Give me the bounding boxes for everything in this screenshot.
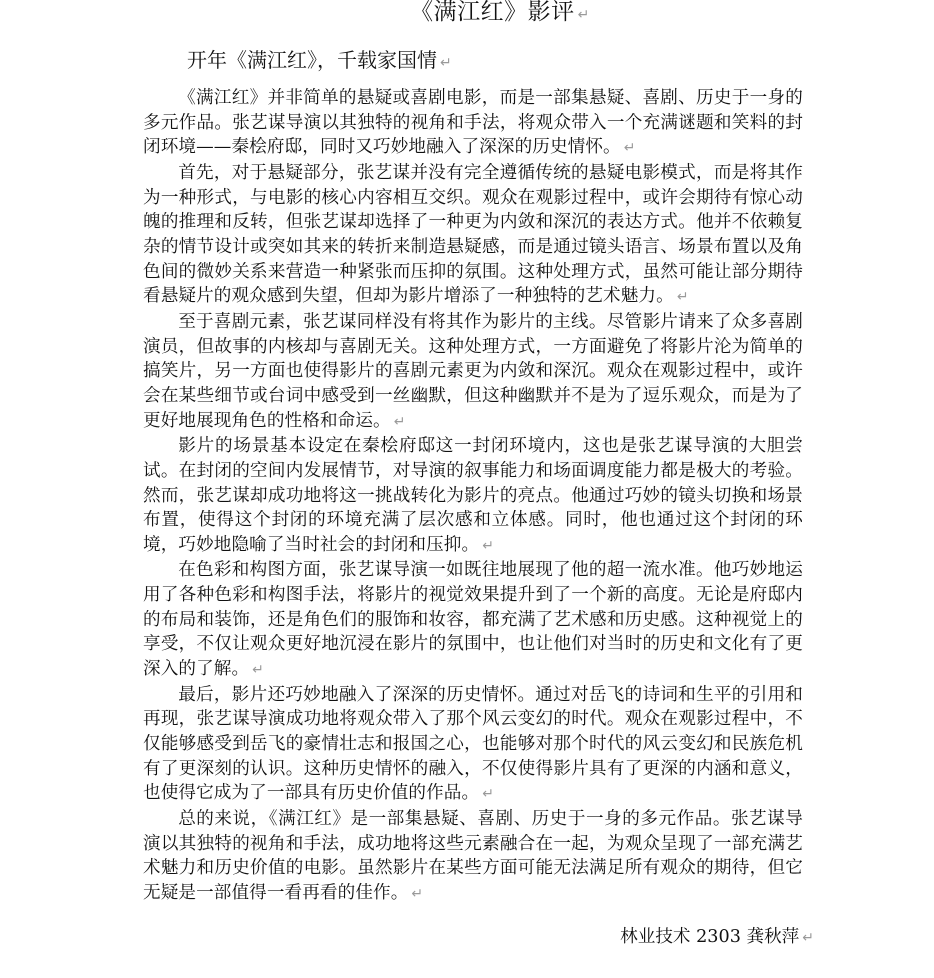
signature-text: 林业技术 2303 龚秋萍 (620, 927, 799, 947)
paragraph-history: 最后，影片还巧妙地融入了深深的历史情怀。通过对岳飞的诗词和生平的引用和再现，张艺… (143, 683, 803, 807)
paragraph-mark-icon: ↵ (624, 140, 636, 156)
paragraph-text: 总的来说，《满江红》是一部集悬疑、喜剧、历史于一身的多元作品。张艺谋导演以其独特… (143, 809, 803, 903)
paragraph-text: 《满江红》并非简单的悬疑或喜剧电影，而是一部集悬疑、喜剧、历史于一身的多元作品。… (143, 88, 803, 157)
document-body: 《满江红》并非简单的悬疑或喜剧电影，而是一部集悬疑、喜剧、历史于一身的多元作品。… (143, 86, 803, 907)
paragraph-suspense: 首先，对于悬疑部分，张艺谋并没有完全遵循传统的悬疑电影模式，而是将其作为一种形式… (143, 161, 803, 310)
paragraph-text: 影片的场景基本设定在秦桧府邸这一封闭环境内，这也是张艺谋导演的大胆尝试。在封闭的… (143, 436, 803, 555)
paragraph-mark-icon: ↵ (482, 538, 494, 554)
paragraph-mark-icon: ↵ (677, 289, 689, 305)
title-text: 《满江红》影评 (410, 0, 575, 25)
paragraph-mark-icon: ↵ (440, 55, 452, 71)
document-page: 《满江红》影评↵ 开年《满江红》，千载家国情↵ 《满江红》并非简单的悬疑或喜剧电… (0, 0, 934, 978)
paragraph-mark-icon: ↵ (252, 662, 264, 678)
paragraph-comedy: 至于喜剧元素，张艺谋同样没有将其作为影片的主线。尽管影片请来了众多喜剧演员，但故… (143, 310, 803, 434)
document-subtitle: 开年《满江红》，千载家国情↵ (187, 45, 452, 78)
paragraph-mark-icon: ↵ (411, 886, 423, 902)
paragraph-visuals: 在色彩和构图方面，张艺谋导演一如既往地展现了他的超一流水准。他巧妙地运用了各种色… (143, 558, 803, 682)
paragraph-mark-icon: ↵ (482, 786, 494, 802)
subtitle-text: 开年《满江红》，千载家国情 (187, 48, 437, 72)
paragraph-mark-icon: ↵ (802, 930, 814, 946)
paragraph-conclusion: 总的来说，《满江红》是一部集悬疑、喜剧、历史于一身的多元作品。张艺谋导演以其独特… (143, 807, 803, 907)
document-title: 《满江红》影评↵ (0, 0, 934, 31)
paragraph-mark-icon: ↵ (394, 414, 406, 430)
paragraph-intro: 《满江红》并非简单的悬疑或喜剧电影，而是一部集悬疑、喜剧、历史于一身的多元作品。… (143, 86, 803, 161)
paragraph-mark-icon: ↵ (578, 7, 590, 23)
paragraph-setting: 影片的场景基本设定在秦桧府邸这一封闭环境内，这也是张艺谋导演的大胆尝试。在封闭的… (143, 434, 803, 558)
author-signature: 林业技术 2303 龚秋萍↵ (620, 925, 814, 950)
paragraph-text: 至于喜剧元素，张艺谋同样没有将其作为影片的主线。尽管影片请来了众多喜剧演员，但故… (143, 312, 803, 431)
paragraph-text: 在色彩和构图方面，张艺谋导演一如既往地展现了他的超一流水准。他巧妙地运用了各种色… (143, 560, 803, 679)
paragraph-text: 最后，影片还巧妙地融入了深深的历史情怀。通过对岳飞的诗词和生平的引用和再现，张艺… (143, 685, 803, 804)
paragraph-text: 首先，对于悬疑部分，张艺谋并没有完全遵循传统的悬疑电影模式，而是将其作为一种形式… (143, 163, 803, 306)
